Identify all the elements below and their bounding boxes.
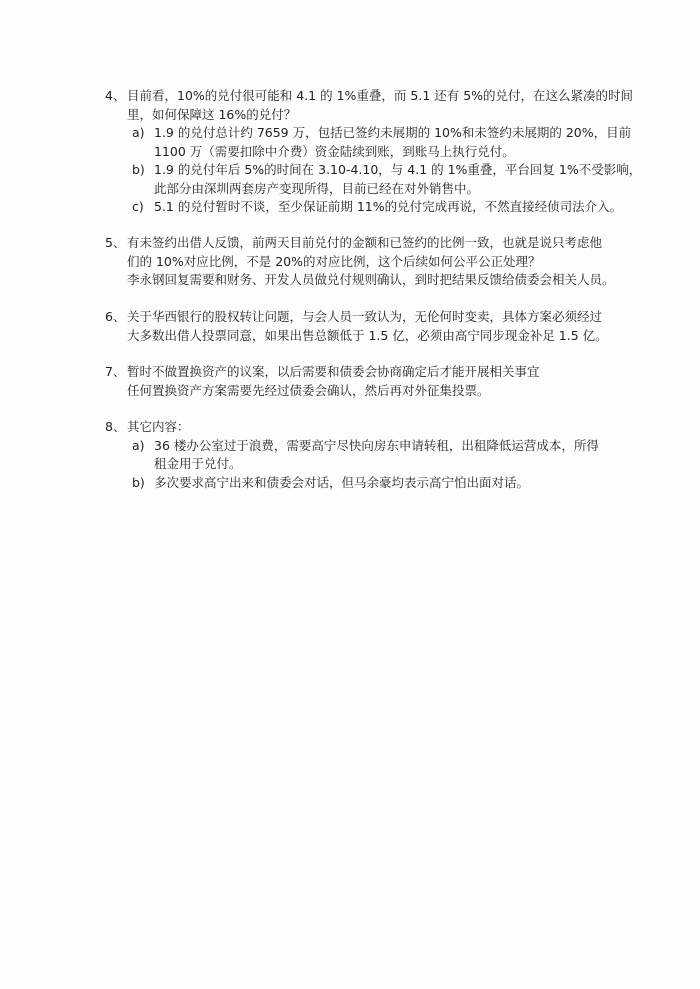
item-text-line: 们的 10%对应比例，不是 20%的对应比例，这个后续如何公平公正处理？ bbox=[127, 253, 605, 272]
item-text-line: 有未签约出借人反馈，前两天目前兑付的金额和已签约的比例一致，也就是说只考虑他 bbox=[127, 234, 605, 253]
item-number: 6、 bbox=[105, 308, 127, 327]
list-item-5: 5、 有未签约出借人反馈，前两天目前兑付的金额和已签约的比例一致，也就是说只考虑… bbox=[105, 234, 605, 290]
list-item-6: 6、 关于华西银行的股权转让问题，与会人员一致认为，无伦何时变卖，具体方案必须经… bbox=[105, 308, 605, 345]
item-number: 7、 bbox=[105, 363, 127, 382]
subitem-label: a) bbox=[132, 437, 145, 456]
subitem-text-line: 5.1 的兑付暂时不谈，至少保证前期 11%的兑付完成再说，不然直接经侦司法介入… bbox=[154, 198, 605, 217]
item-text-line: 目前看，10%的兑付很可能和 4.1 的 1%重叠，而 5.1 还有 5%的兑付… bbox=[127, 87, 605, 106]
item-text-line: 李永钢回复需要和财务、开发人员做兑付规则确认，到时把结果反馈给债委会相关人员。 bbox=[127, 271, 605, 290]
subitem-label: c) bbox=[132, 198, 144, 217]
subitem-text-line: 租金用于兑付。 bbox=[154, 455, 605, 474]
subitem-a: a) 36 楼办公室过于浪费，需要高宁尽快向房东申请转租，出租降低运营成本，所得… bbox=[132, 437, 605, 474]
subitem-b: b) 多次要求高宁出来和债委会对话，但马余豪均表示高宁怕出面对话。 bbox=[132, 474, 605, 493]
subitem-text-line: 1100 万（需要扣除中介费）资金陆续到账，到账马上执行兑付。 bbox=[154, 143, 605, 162]
list-item-7: 7、 暂时不做置换资产的议案，以后需要和债委会协商确定后才能开展相关事宜 任何置… bbox=[105, 363, 605, 400]
subitem-label: b) bbox=[132, 474, 145, 493]
subitem-c: c) 5.1 的兑付暂时不谈，至少保证前期 11%的兑付完成再说，不然直接经侦司… bbox=[132, 198, 605, 217]
item-number: 8、 bbox=[105, 418, 127, 437]
subitem-text-line: 1.9 的兑付总计约 7659 万，包括已签约未展期的 10%和未签约未展期的 … bbox=[154, 124, 605, 143]
item-text-line: 里，如何保障这 16%的兑付？ bbox=[127, 106, 605, 125]
subitem-text-line: 多次要求高宁出来和债委会对话，但马余豪均表示高宁怕出面对话。 bbox=[154, 474, 605, 493]
item-text-line: 其它内容： bbox=[127, 418, 605, 437]
list-item-4: 4、 目前看，10%的兑付很可能和 4.1 的 1%重叠，而 5.1 还有 5%… bbox=[105, 87, 605, 217]
subitem-label: b) bbox=[132, 161, 145, 180]
subitem-b: b) 1.9 的兑付年后 5%的时间在 3.10-4.10，与 4.1 的 1%… bbox=[132, 161, 605, 198]
item-number: 5、 bbox=[105, 234, 127, 253]
item-number: 4、 bbox=[105, 87, 127, 106]
list-item-8: 8、 其它内容： a) 36 楼办公室过于浪费，需要高宁尽快向房东申请转租，出租… bbox=[105, 418, 605, 492]
subitem-text-line: 36 楼办公室过于浪费，需要高宁尽快向房东申请转租，出租降低运营成本，所得 bbox=[154, 437, 605, 456]
item-text-line: 大多数出借人投票同意，如果出售总额低于 1.5 亿，必须由高宁同步现金补足 1.… bbox=[127, 327, 605, 346]
item-text-line: 关于华西银行的股权转让问题，与会人员一致认为，无伦何时变卖，具体方案必须经过 bbox=[127, 308, 605, 327]
subitem-text-line: 1.9 的兑付年后 5%的时间在 3.10-4.10，与 4.1 的 1%重叠，… bbox=[154, 161, 605, 180]
subitem-label: a) bbox=[132, 124, 145, 143]
item-text-line: 暂时不做置换资产的议案，以后需要和债委会协商确定后才能开展相关事宜 bbox=[127, 363, 605, 382]
subitem-a: a) 1.9 的兑付总计约 7659 万，包括已签约未展期的 10%和未签约未展… bbox=[132, 124, 605, 161]
subitem-text-line: 此部分由深圳两套房产变现所得，目前已经在对外销售中。 bbox=[154, 180, 605, 199]
item-text-line: 任何置换资产方案需要先经过债委会确认，然后再对外征集投票。 bbox=[127, 382, 605, 401]
document-page: 4、 目前看，10%的兑付很可能和 4.1 的 1%重叠，而 5.1 还有 5%… bbox=[0, 0, 700, 989]
